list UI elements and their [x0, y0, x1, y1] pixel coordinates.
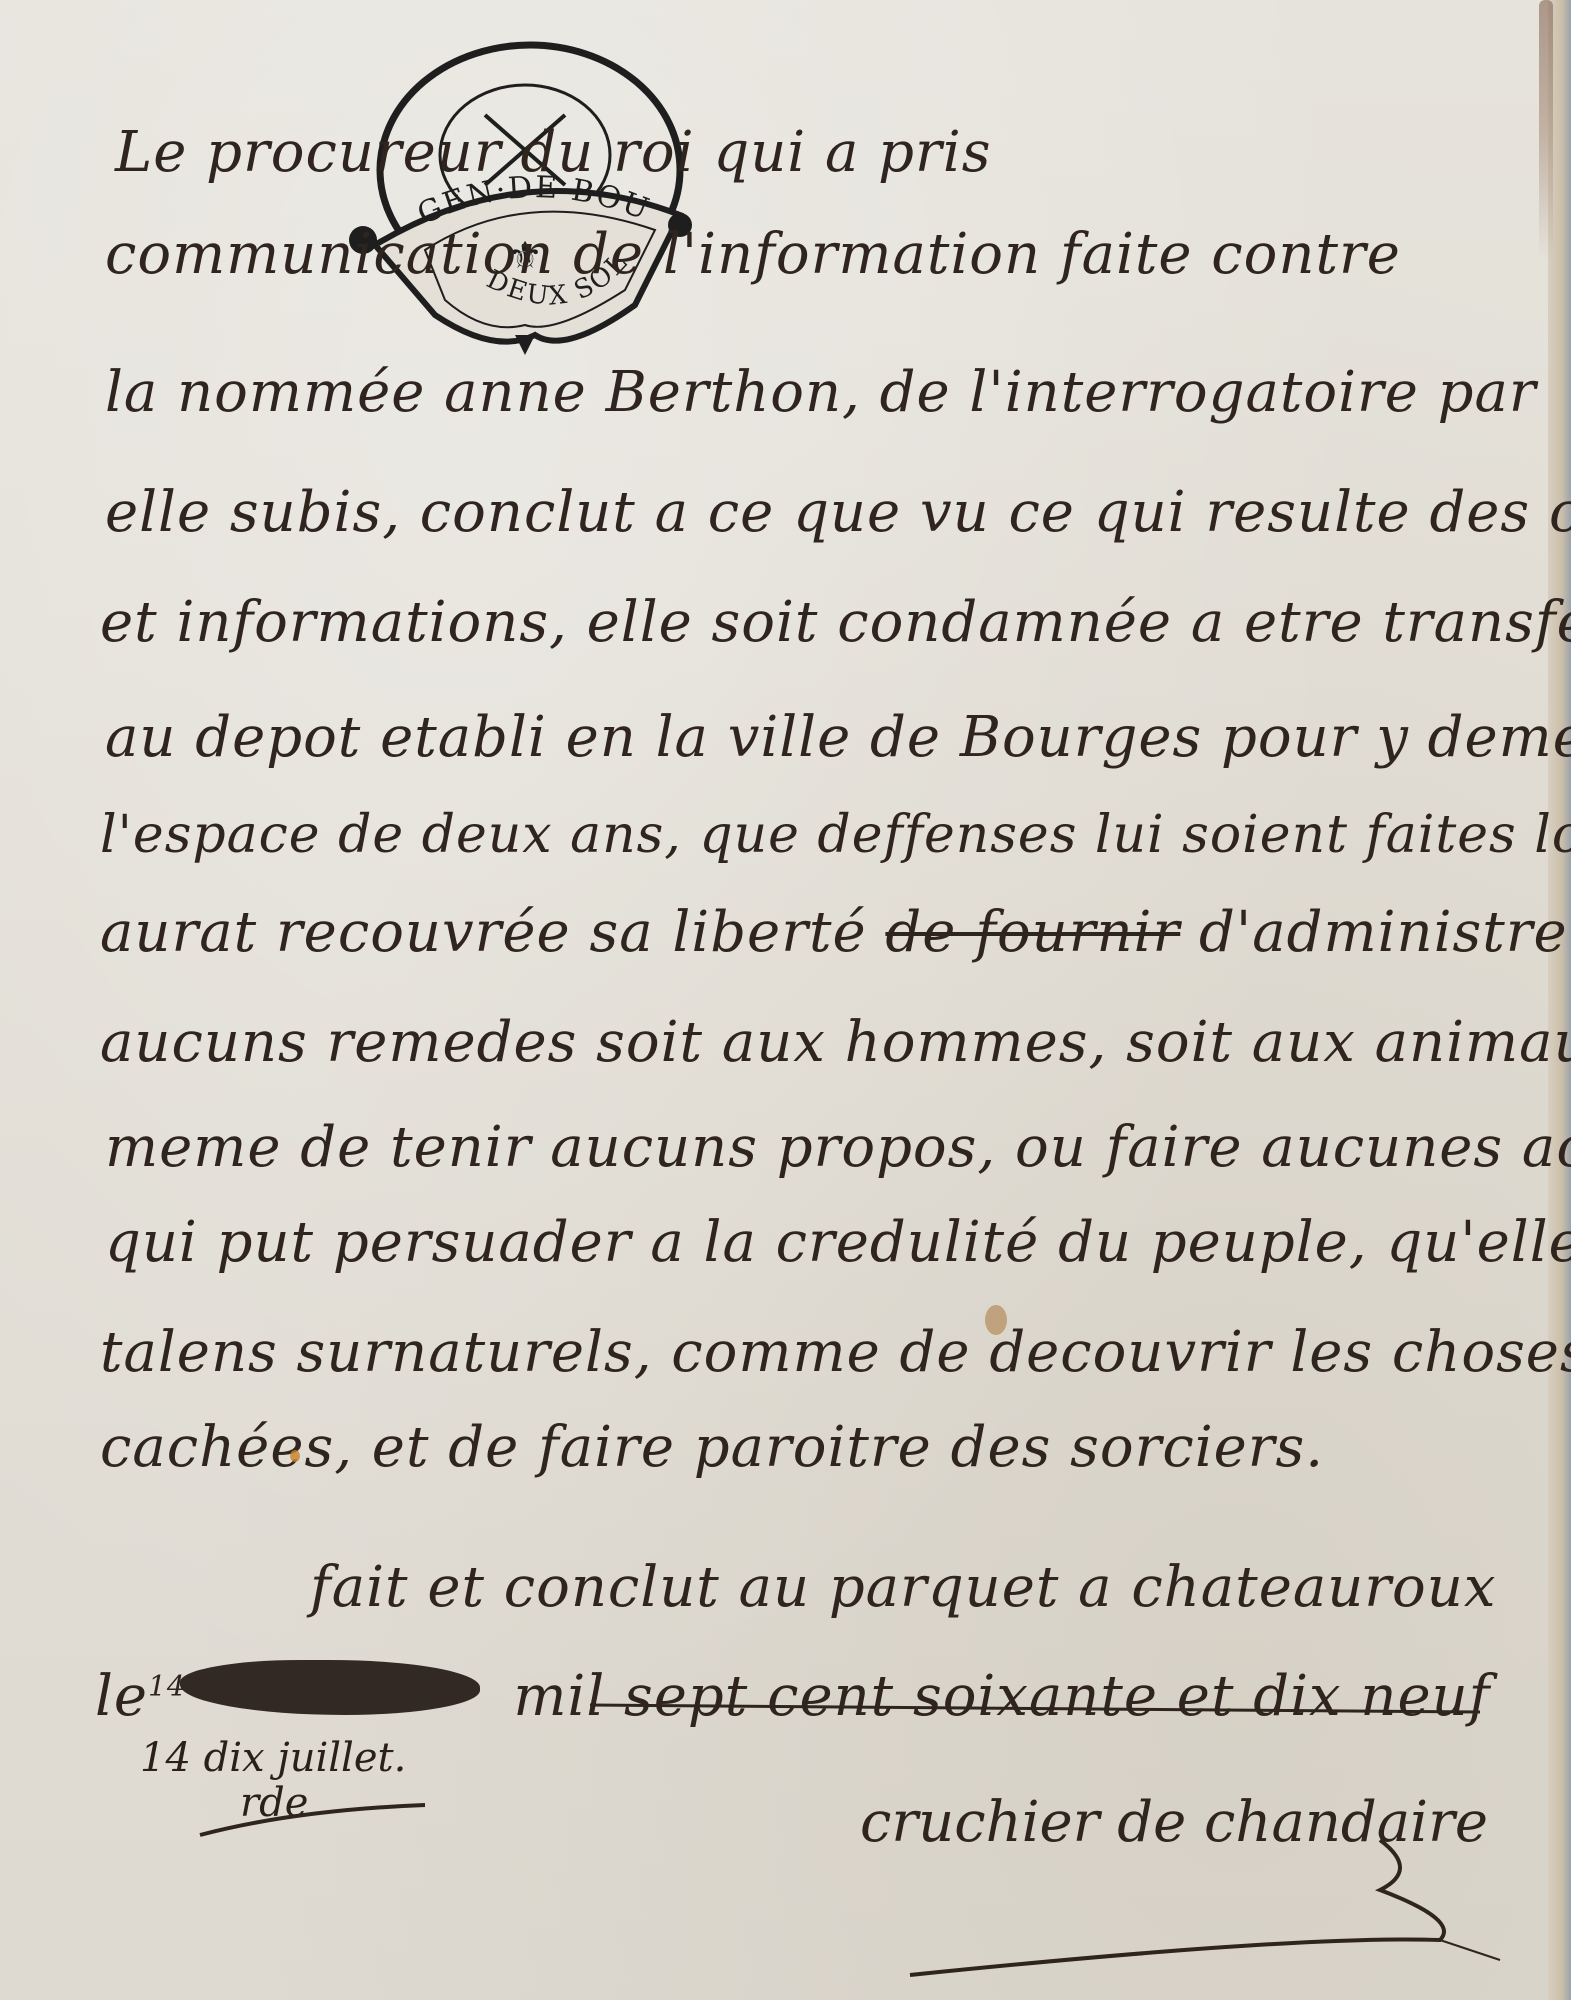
manuscript-line-3: la nommée anne Berthon, de l'interrogato…: [105, 360, 1537, 425]
manuscript-line-1: Le procureur du roi qui a pris: [115, 120, 991, 185]
line-8-text-after: d'administrer: [1199, 900, 1571, 965]
manuscript-line-6: au depot etabli en la ville de Bourges p…: [105, 705, 1571, 770]
closing-line-1: fait et conclut au parquet a chateauroux: [310, 1555, 1496, 1620]
struck-text: de fournir: [885, 900, 1180, 965]
tax-stamp-icon: GEN·DE BOURGES DEUX SOLS ⚜: [335, 35, 715, 355]
manuscript-line-9: aucuns remedes soit aux hommes, soit aux…: [100, 1010, 1571, 1075]
line-8-text: aurat recouvrée sa liberté: [100, 900, 867, 965]
manuscript-line-8: aurat recouvrée sa liberté de fournir d'…: [100, 900, 1571, 965]
manuscript-line-2: communication de l'information faite con…: [105, 222, 1401, 287]
manuscript-line-5: et informations, elle soit condamnée a e…: [100, 590, 1571, 655]
manuscript-line-7: l'espace de deux ans, que deffenses lui …: [100, 805, 1571, 865]
margin-note-underline: [195, 1800, 435, 1840]
ink-stain: [290, 1450, 300, 1462]
signature-flourish: [900, 1830, 1520, 1980]
margin-note-date: 14 dix juillet.: [140, 1735, 406, 1781]
manuscript-line-4: elle subis, conclut a ce que vu ce qui r…: [105, 480, 1571, 545]
manuscript-line-12: talens surnaturels, comme de decouvrir l…: [100, 1320, 1571, 1385]
manuscript-line-13: cachées, et de faire paroitre des sorcie…: [100, 1415, 1324, 1480]
manuscript-line-11: qui put persuader a la credulité du peup…: [105, 1210, 1571, 1275]
manuscript-line-10: meme de tenir aucuns propos, ou faire au…: [105, 1115, 1571, 1180]
torn-edge-stain: [1539, 0, 1553, 260]
ink-stain: [985, 1305, 1007, 1335]
closing-prefix: le: [95, 1664, 148, 1729]
strike-line: [590, 1700, 1490, 1720]
page-edge: [1548, 0, 1571, 2000]
